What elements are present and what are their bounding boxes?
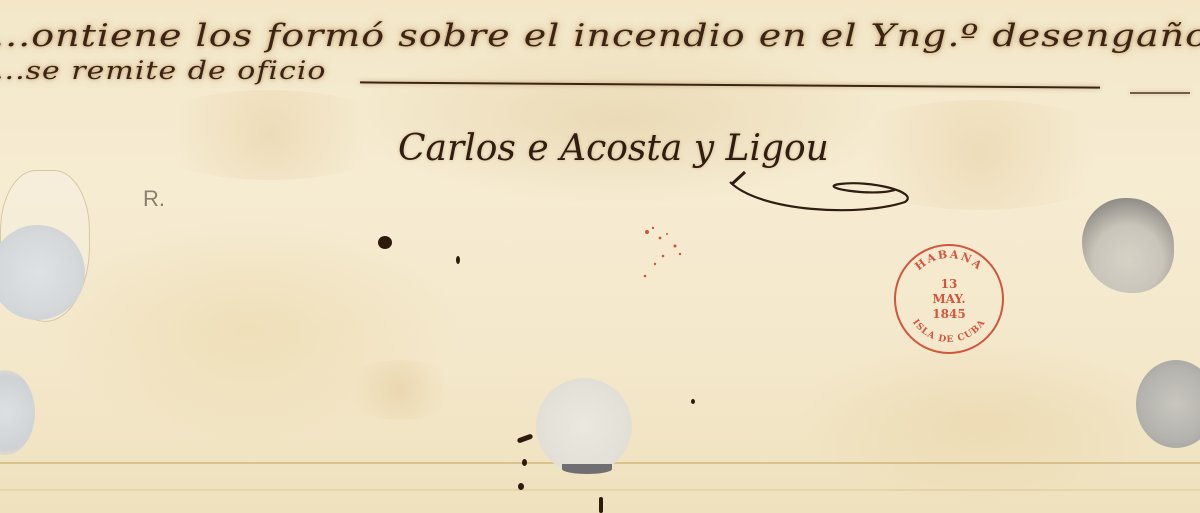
wax-seal-remnant [1082,198,1174,293]
ink-blot [518,483,524,490]
paper-stain [340,360,460,420]
postmark-year: 1845 [932,307,965,321]
ink-blot [599,497,603,513]
postmark-month: MAY. [932,292,965,306]
document-page: ...ontiene los formó sobre el incendio e… [0,0,1200,513]
red-ink-specks [635,220,695,280]
wax-seal-edge [562,464,612,474]
underline-rule [360,81,1100,88]
handwritten-line-2: ...se remite de oficio [0,56,327,86]
ink-blot [456,256,460,264]
handwritten-line-1: ...ontiene los formó sobre el incendio e… [0,18,1200,53]
paper-fold [0,489,1200,491]
wax-seal-remnant [0,370,35,455]
signature-flourish [720,162,920,222]
postmark-bottom-text: ISLA DE CUBA [910,318,988,345]
ink-blot [522,459,527,466]
wax-seal-remnant [536,378,632,474]
ink-blot [691,399,695,404]
ink-blot [378,236,392,249]
ink-blot [517,433,534,443]
postmark-habana: HABANA ISLA DE CUBA 13 MAY. 1845 [892,242,1006,356]
svg-text:ISLA DE CUBA: ISLA DE CUBA [910,318,988,345]
underline-rule [1130,92,1190,94]
postmark-day: 13 [941,277,958,291]
paper-stain [140,90,400,180]
wax-seal-remnant [1136,360,1200,448]
margin-mark: R. [143,186,165,212]
